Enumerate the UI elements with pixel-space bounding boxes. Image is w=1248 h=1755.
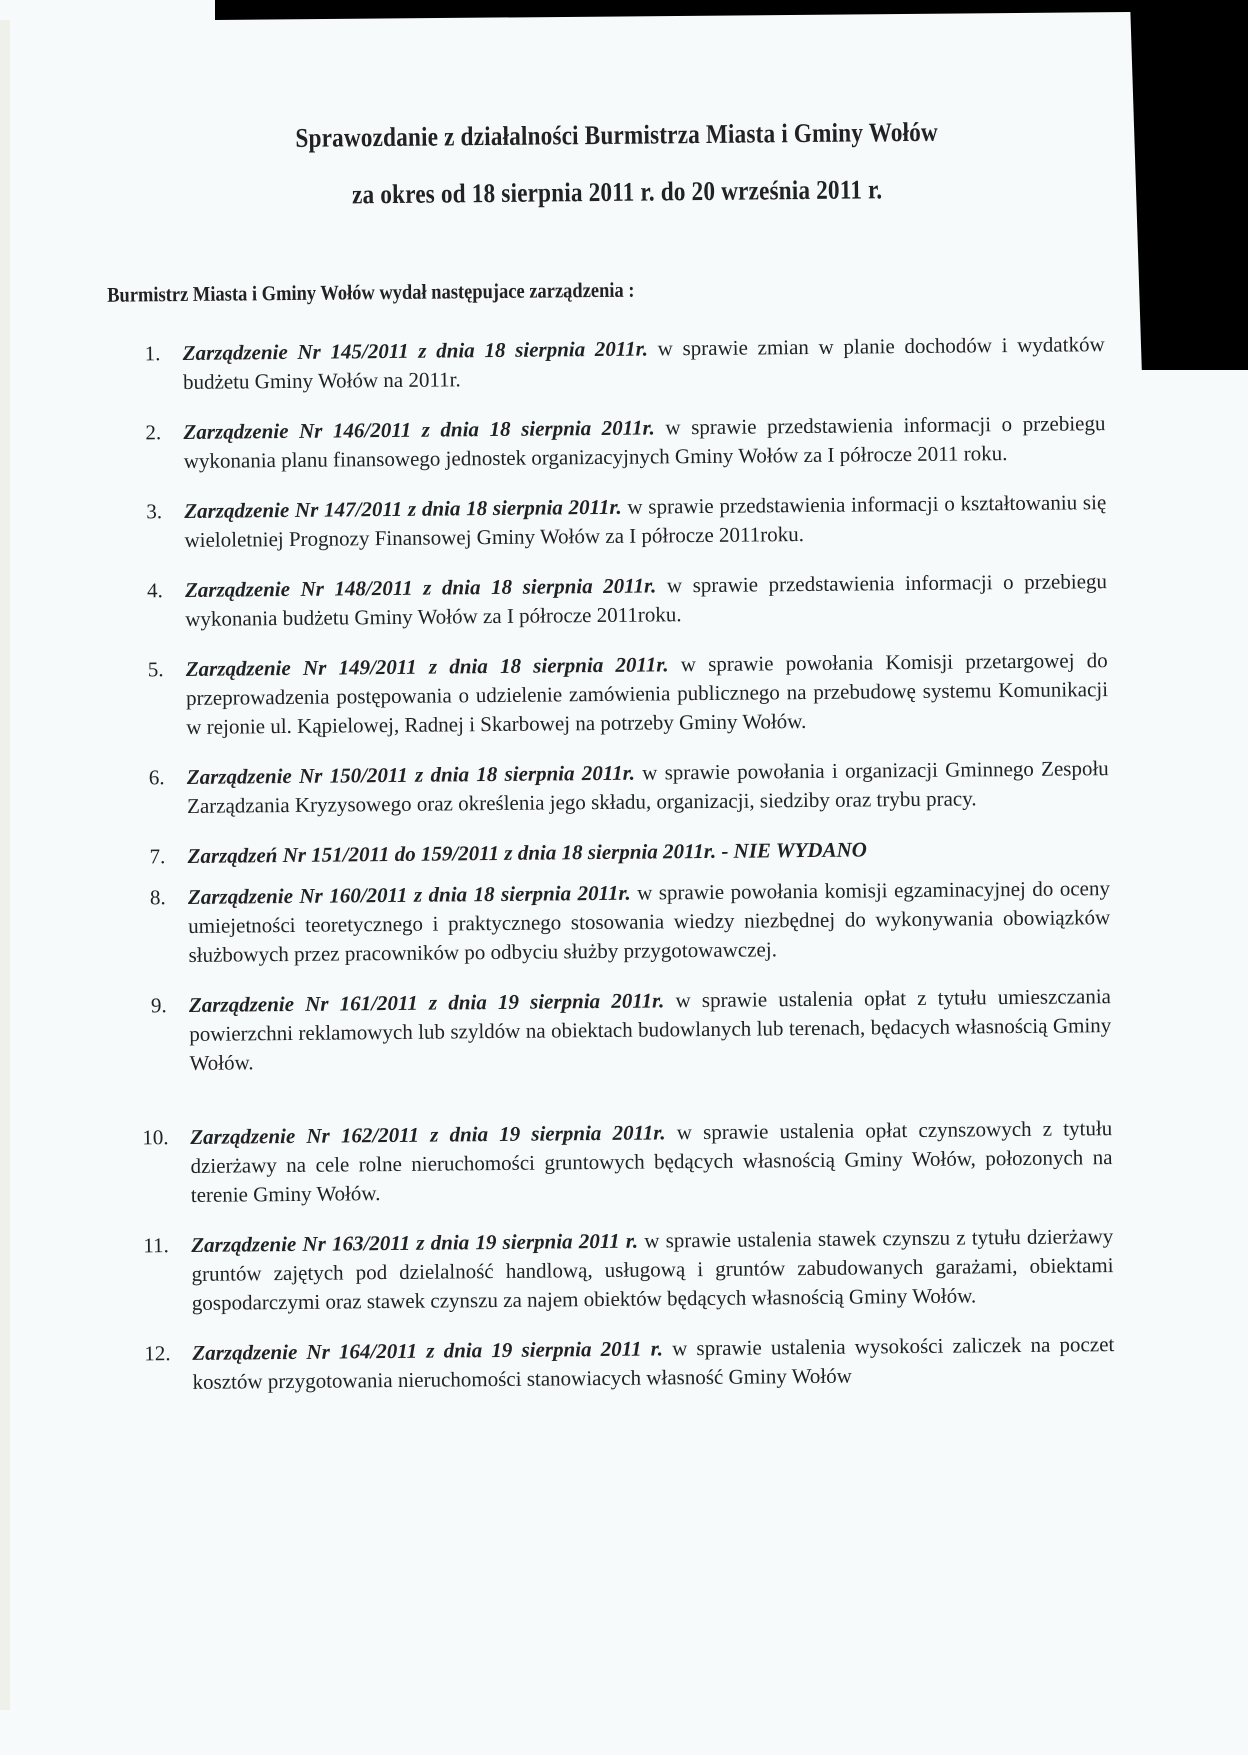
order-reference: Zarządzenie Nr 150/2011 z dnia 18 sierpn… <box>187 761 635 789</box>
orders-list: 1. Zarządzenie Nr 145/2011 z dnia 18 sie… <box>145 330 1115 1418</box>
list-item: 2. Zarządzenie Nr 146/2011 z dnia 18 sie… <box>145 409 1106 476</box>
document-title: Sprawozdanie z działalności Burmistrza M… <box>80 115 1154 156</box>
item-number: 3. <box>146 497 162 526</box>
list-item: 11. Zarządzenie Nr 163/2011 z dnia 19 si… <box>153 1222 1114 1318</box>
order-reference: Zarządzeń Nr 151/2011 do 159/2011 z dnia… <box>187 839 716 868</box>
document-page: Sprawozdanie z działalności Burmistrza M… <box>0 0 1248 1755</box>
order-reference: Zarządzenie Nr 162/2011 z dnia 19 sierpn… <box>190 1120 666 1149</box>
item-number: 11. <box>143 1231 169 1260</box>
order-reference: Zarządzenie Nr 160/2011 z dnia 18 sierpn… <box>188 881 631 909</box>
order-reference: Zarządzenie Nr 148/2011 z dnia 18 sierpn… <box>185 573 657 602</box>
list-item: 3. Zarządzenie Nr 147/2011 z dnia 18 sie… <box>146 488 1107 555</box>
order-reference: Zarządzenie Nr 149/2011 z dnia 18 sierpn… <box>186 652 669 681</box>
item-number: 8. <box>150 883 166 912</box>
item-number: 6. <box>149 763 165 792</box>
list-item: 12. Zarządzenie Nr 164/2011 z dnia 19 si… <box>154 1330 1115 1397</box>
order-reference: Zarządzenie Nr 161/2011 z dnia 19 sierpn… <box>189 988 665 1017</box>
document-period: za okres od 18 sierpnia 2011 r. do 20 wr… <box>80 172 1154 213</box>
item-number: 9. <box>151 991 167 1020</box>
list-item: 7. Zarządzeń Nr 151/2011 do 159/2011 z d… <box>149 833 1109 871</box>
item-number: 10. <box>142 1123 169 1152</box>
order-reference: Zarządzenie Nr 146/2011 z dnia 18 sierpn… <box>183 415 655 444</box>
not-issued-status: - NIE WYDANO <box>716 837 867 862</box>
list-item: 1. Zarządzenie Nr 145/2011 z dnia 18 sie… <box>145 330 1106 397</box>
item-number: 5. <box>148 655 164 684</box>
list-item: 5. Zarządzenie Nr 149/2011 z dnia 18 sie… <box>148 646 1109 742</box>
list-item: 8. Zarządzenie Nr 160/2011 z dnia 18 sie… <box>150 874 1111 970</box>
list-item: 10. Zarządzenie Nr 162/2011 z dnia 19 si… <box>152 1114 1113 1210</box>
list-item: 6. Zarządzenie Nr 150/2011 z dnia 18 sie… <box>149 754 1110 821</box>
item-number: 4. <box>147 576 163 605</box>
list-item: 4. Zarządzenie Nr 148/2011 z dnia 18 sie… <box>147 567 1108 634</box>
item-number: 12. <box>144 1339 171 1368</box>
list-item: 9. Zarządzenie Nr 161/2011 z dnia 19 sie… <box>151 982 1112 1078</box>
order-reference: Zarządzenie Nr 163/2011 z dnia 19 sierpn… <box>191 1229 638 1257</box>
item-number: 1. <box>145 339 161 368</box>
section-intro: Burmistrz Miasta i Gminy Wołów wydał nas… <box>107 278 635 308</box>
item-number: 7. <box>149 842 165 871</box>
item-number: 2. <box>145 418 161 447</box>
order-reference: Zarządzenie Nr 145/2011 z dnia 18 sierpn… <box>183 337 648 365</box>
order-reference: Zarządzenie Nr 147/2011 z dnia 18 sierpn… <box>184 495 622 523</box>
order-reference: Zarządzenie Nr 164/2011 z dnia 19 sierpn… <box>192 1336 663 1365</box>
